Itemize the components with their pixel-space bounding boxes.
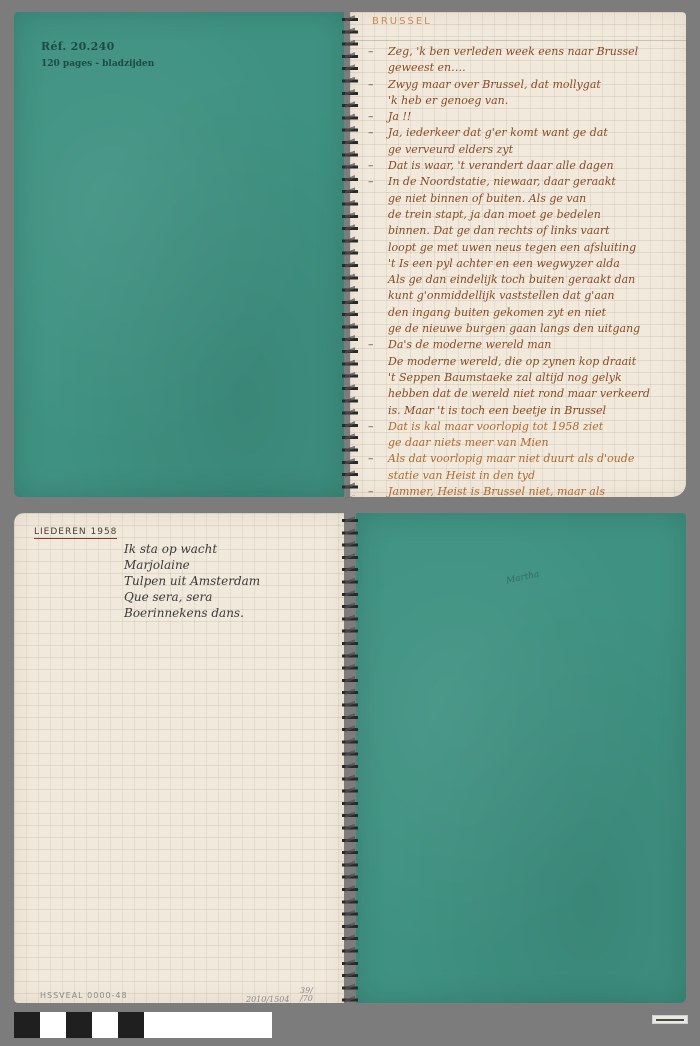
text-line: hebben dat de wereld niet rond maar verk… [350,386,686,402]
text-line: 'k heb er genoeg van. [350,93,686,109]
notebook-spread-top: Réf. 20.240 120 pages - bladzijden BRUSS… [0,0,700,505]
calibration-swatch-black [66,1012,92,1038]
text-line: ge de nieuwe burgen gaan langs den uitga… [350,321,686,337]
spiral-binding [342,515,358,1003]
text-line: –Zwyg maar over Brussel, dat mollygat [350,77,686,93]
text-line: –Ja, iederkeer dat g'er komt want ge dat [350,125,686,141]
page-heading: LIEDEREN 1958 [34,527,117,539]
calibration-color-strip [14,1012,272,1038]
calibration-swatch-black [14,1012,40,1038]
page-heading: BRUSSEL [372,16,432,27]
text-line: –In de Noordstatie, niewaar, daar geraak… [350,174,686,190]
text-line: de trein stapt, ja dan moet ge bedelen [350,207,686,223]
handwritten-page-brussel: BRUSSEL –Zeg, 'k ben verleden week eens … [350,12,686,497]
song-title: Ik sta op wacht [124,541,260,557]
text-line: –Dat is waar, 't verandert daar alle dag… [350,158,686,174]
song-list: Ik sta op wacht Marjolaine Tulpen uit Am… [124,541,260,621]
notebook-spread-bottom: LIEDEREN 1958 Ik sta op wacht Marjolaine… [0,505,700,1005]
text-line: den ingang buiten gekomen zyt en niet [350,305,686,321]
scale-bar [652,1015,688,1024]
text-line: ge verveurd elders zyt [350,142,686,158]
text-line: –Dat is kal maar voorlopig tot 1958 ziet [350,419,686,435]
text-line: –Als dat voorlopig maar niet duurt als d… [350,451,686,467]
text-line: kunt g'onmiddellijk vaststellen dat g'aa… [350,288,686,304]
text-line: –Da's de moderne wereld man [350,337,686,353]
song-title: Que sera, sera [124,589,260,605]
text-line: –Zeg, 'k ben verleden week eens naar Bru… [350,44,686,60]
song-title: Boerinnekens dans. [124,605,260,621]
song-title: Marjolaine [124,557,260,573]
calibration-swatch-white [92,1012,118,1038]
text-line: ge daar niets meer van Mien [350,435,686,451]
text-line: 't Is een pyl achter en een wegwyzer ald… [350,256,686,272]
handwritten-page-liederen: LIEDEREN 1958 Ik sta op wacht Marjolaine… [14,513,344,1003]
text-line: geweest en…. [350,60,686,76]
text-line: –Ja !! [350,109,686,125]
text-line: –Jammer, Heist is Brussel niet, maar als [350,484,686,500]
notebook-back-cover: Martha [356,513,686,1003]
calibration-swatch-white [40,1012,66,1038]
cover-scribble: Martha [505,570,540,587]
text-line: De moderne wereld, die op zynen kop draa… [350,354,686,370]
archive-code: HSSVEAL 0000-48 [40,991,128,1000]
page-margin-line [350,40,686,41]
notebook-front-cover: Réf. 20.240 120 pages - bladzijden [14,12,344,497]
handwritten-text: –Zeg, 'k ben verleden week eens naar Bru… [350,44,686,500]
text-line: binnen. Dat ge dan rechts of links vaart [350,223,686,239]
cover-pages-label: 120 pages - bladzijden [41,59,154,69]
calibration-swatch-white [144,1012,272,1038]
text-line: ge niet binnen of buiten. Als ge van [350,191,686,207]
text-line: statie van Heist in den tyd [350,468,686,484]
text-line: Als ge dan eindelijk toch buiten geraakt… [350,272,686,288]
song-title: Tulpen uit Amsterdam [124,573,260,589]
page-number: 39/ /70 [300,987,313,1003]
calibration-swatch-black [118,1012,144,1038]
archive-date: 2010/1504 [246,995,289,1004]
spiral-binding [342,14,358,497]
text-line: is. Maar 't is toch een beetje in Brusse… [350,403,686,419]
text-line: 't Seppen Baumstaeke zal altijd nog gely… [350,370,686,386]
cover-reference-label: Réf. 20.240 [41,40,115,53]
text-line: loopt ge met uwen neus tegen een afsluit… [350,240,686,256]
